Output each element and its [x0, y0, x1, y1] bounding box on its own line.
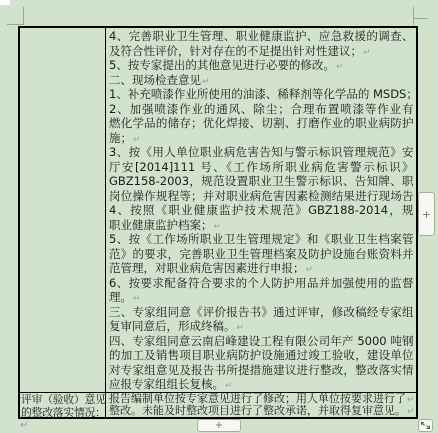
- diagonal-resize-icon: [419, 420, 432, 431]
- text-line: 3、按《用人单位职业病危害告知与警示标识管理规范》安监总: [109, 145, 414, 160]
- crop-mark-top-right-icon: [413, 7, 414, 25]
- line-break-mark-icon: ↵: [406, 395, 415, 405]
- text-line: 职业健康监护档案；↵: [109, 218, 414, 233]
- text-line: 5、按专家提出的其他意见进行必要的修改。↵: [109, 58, 414, 73]
- text-line: 理。↵: [109, 290, 414, 305]
- line-break-mark-icon: ↵: [236, 323, 245, 333]
- crop-mark-top-left-icon: [7, 24, 23, 25]
- expand-bottom-button[interactable]: +: [197, 419, 241, 432]
- line-break-mark-icon: ↵: [213, 222, 222, 232]
- text-line: GBZ158-2003，规范设置职业卫生警示标识、告知牌、职业卫生: [109, 174, 414, 189]
- text-line: 应报专家组组长复核。↵: [109, 377, 414, 392]
- window-corner-fragment: [0, 0, 10, 5]
- line-break-mark-icon: ↵: [132, 294, 141, 304]
- diagonal-resize-handle[interactable]: [418, 419, 433, 432]
- line-break-mark-icon: ↵: [406, 407, 415, 417]
- rectification-content-cell[interactable]: 报告编制单位按专家意见进行了修改；用人单位按要求进行了↵整改。未能及时整改项目进…: [106, 392, 417, 417]
- text-line: 范管理，对职业病危害因素进行申报；↵: [109, 261, 414, 276]
- document-page: 4、完善职业卫生管理、职业健康监护、应急救援的调查、分析↵及符合性评价，针对存在…: [0, 0, 438, 433]
- line-break-mark-icon: ↵: [335, 62, 344, 72]
- text-line: 复审同意后，形成终稿。↵: [109, 319, 414, 334]
- text-line: 燃化学品的储存；优化焊接、切割、打磨作业的职业病防护措: [109, 116, 414, 131]
- text-line: 范》的要求，完善职业卫生管理档案及防护设施台账资料并规: [109, 247, 414, 262]
- rectification-label-cell[interactable]: 评审（验收）意见的整改落实情况：: [20, 392, 106, 417]
- rectification-label-line: 评审（验收）意见: [21, 393, 105, 406]
- text-line: 2、加强喷漆作业的通风、除尘；合理布置喷漆等作业有毒、易: [109, 102, 414, 117]
- text-line: 4、按照《职业健康监护技术规范》GBZ188-2014，规范、完善: [109, 203, 414, 218]
- text-line: 四、专家组同意云南启峰建设工程有限公司年产 5000 吨钢构件: [109, 334, 414, 349]
- rectification-label-line: 的整改落实情况：: [21, 406, 105, 417]
- text-line: 厅安[2014]111 号、《工作场所职业病危害警示标识》: [109, 160, 414, 175]
- text-line: 4、完善职业卫生管理、职业健康监护、应急救援的调查、分析↵: [109, 29, 414, 44]
- empty-label-cell[interactable]: [20, 28, 106, 392]
- document-end-paragraph-mark-icon: ↵: [20, 420, 28, 431]
- line-break-mark-icon: ↵: [224, 381, 233, 391]
- text-line: 对专家组意见及报告书所提措施建议进行整改，整改落实情况: [109, 363, 414, 378]
- review-comments-cell[interactable]: 4、完善职业卫生管理、职业健康监护、应急救援的调查、分析↵及符合性评价，针对存在…: [106, 28, 417, 392]
- text-line: 1、补充喷漆作业所使用的油漆、稀释剂等化学品的 MSDS；↵: [109, 87, 414, 102]
- line-break-mark-icon: ↵: [305, 265, 314, 275]
- text-line: 5、按《工作场所职业卫生管理规定》和《职业卫生档案管理规: [109, 232, 414, 247]
- line-break-mark-icon: ↵: [362, 48, 371, 58]
- plus-icon: +: [422, 208, 431, 221]
- line-break-mark-icon: ↵: [132, 135, 141, 145]
- crop-mark-top-left-icon: [23, 7, 24, 25]
- text-line: 三、专家组同意《评价报告书》通过评审，修改稿经专家组长: [109, 305, 414, 320]
- text-line: 施；↵: [109, 131, 414, 146]
- line-break-mark-icon: ↵: [201, 77, 210, 87]
- plus-icon: +: [215, 420, 223, 431]
- crop-mark-top-right-icon: [413, 18, 428, 19]
- expand-right-button[interactable]: +: [418, 192, 435, 236]
- text-line: 6、按要求配备符合要求的个人防护用品并加强使用的监督管: [109, 276, 414, 291]
- review-opinion-table: 4、完善职业卫生管理、职业健康监护、应急救援的调查、分析↵及符合性评价，针对存在…: [18, 26, 418, 419]
- text-line: 的加工及销售项目职业病防护设施通过竣工验收，建设单位应: [109, 348, 414, 363]
- text-line: 整改。未能及时整改项目进行了整改承诺，并取得复审意见。↵: [109, 405, 415, 417]
- text-line: 及符合性评价，针对存在的不足提出针对性建议；↵: [109, 44, 414, 59]
- text-line: 二、现场检查意见↵: [109, 73, 414, 88]
- text-line: 岗位操作规程等；并对职业病危害因素检测结果进行现场告知；: [109, 189, 414, 204]
